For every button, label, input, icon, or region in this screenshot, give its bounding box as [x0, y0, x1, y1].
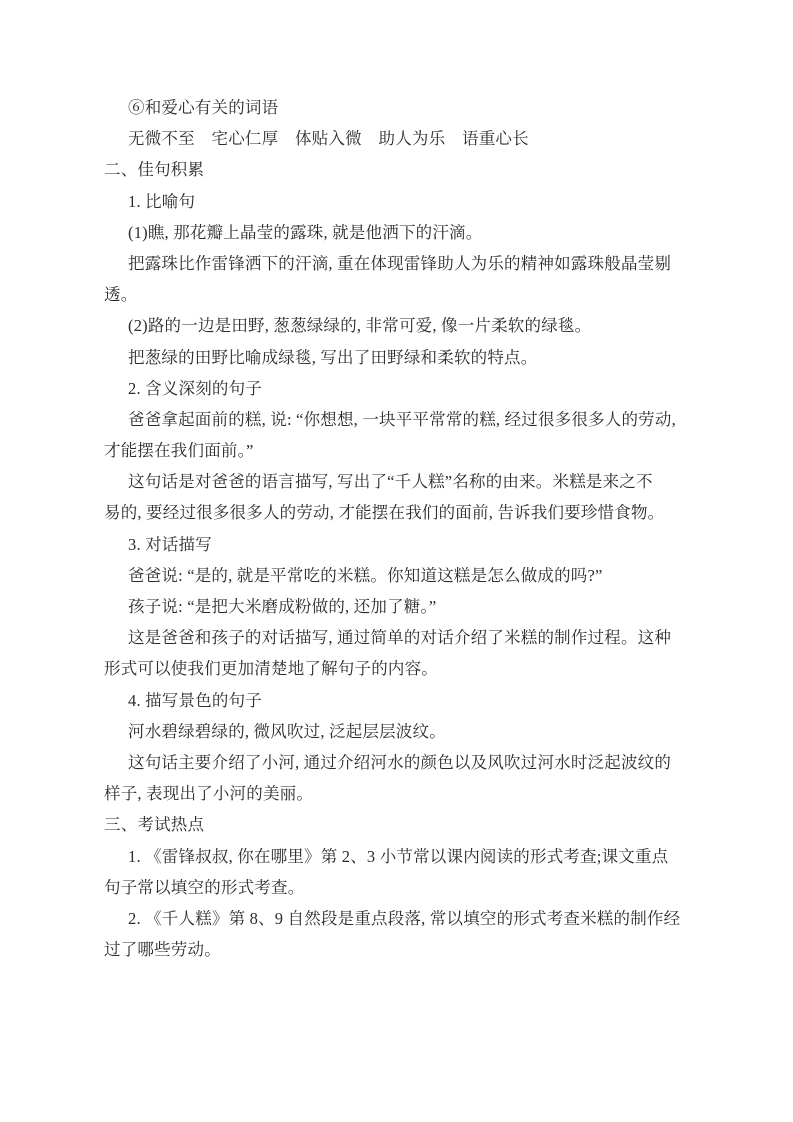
- text-line: (2)路的一边是田野, 葱葱绿绿的, 非常可爱, 像一片柔软的绿毯。: [104, 310, 704, 341]
- text-line: 句子常以填空的形式考查。: [104, 872, 704, 903]
- text-line: ⑥和爱心有关的词语: [104, 92, 704, 123]
- text-line: 易的, 要经过很多很多人的劳动, 才能摆在我们的面前, 告诉我们要珍惜食物。: [104, 497, 704, 528]
- text-line: 孩子说: “是把大米磨成粉做的, 还加了糖。”: [104, 591, 704, 622]
- text-line: 4. 描写景色的句子: [104, 685, 704, 716]
- text-line: 形式可以使我们更加清楚地了解句子的内容。: [104, 653, 704, 684]
- text-line: 这句话是对爸爸的语言描写, 写出了“千人糕”名称的由来。米糕是来之不: [104, 466, 704, 497]
- text-line: 爸爸拿起面前的糕, 说: “你想想, 一块平平常常的糕, 经过很多很多人的劳动,: [104, 404, 704, 435]
- text-line: 过了哪些劳动。: [104, 934, 704, 965]
- document-page: ⑥和爱心有关的词语无微不至 宅心仁厚 体贴入微 助人为乐 语重心长二、佳句积累1…: [0, 0, 793, 1122]
- text-line: 透。: [104, 279, 704, 310]
- section-heading-line: 三、考试热点: [104, 809, 704, 840]
- text-line: (1)瞧, 那花瓣上晶莹的露珠, 就是他洒下的汗滴。: [104, 217, 704, 248]
- text-line: 1. 比喻句: [104, 186, 704, 217]
- text-line: 爸爸说: “是的, 就是平常吃的米糕。你知道这糕是怎么做成的吗?”: [104, 560, 704, 591]
- text-line: 河水碧绿碧绿的, 微风吹过, 泛起层层波纹。: [104, 716, 704, 747]
- section-heading-line: 二、佳句积累: [104, 154, 704, 185]
- text-line: 3. 对话描写: [104, 529, 704, 560]
- text-line: 无微不至 宅心仁厚 体贴入微 助人为乐 语重心长: [104, 123, 704, 154]
- text-line: 1. 《雷锋叔叔, 你在哪里》第 2、3 小节常以课内阅读的形式考查;课文重点: [104, 841, 704, 872]
- text-line: 2. 《千人糕》第 8、9 自然段是重点段落, 常以填空的形式考查米糕的制作经: [104, 903, 704, 934]
- text-line: 把葱绿的田野比喻成绿毯, 写出了田野绿和柔软的特点。: [104, 342, 704, 373]
- text-line: 才能摆在我们面前。”: [104, 435, 704, 466]
- text-line: 把露珠比作雷锋洒下的汗滴, 重在体现雷锋助人为乐的精神如露珠般晶莹剔: [104, 248, 704, 279]
- text-line: 2. 含义深刻的句子: [104, 373, 704, 404]
- text-line: 这句话主要介绍了小河, 通过介绍河水的颜色以及风吹过河水时泛起波纹的: [104, 747, 704, 778]
- text-line: 样子, 表现出了小河的美丽。: [104, 778, 704, 809]
- document-text-block: ⑥和爱心有关的词语无微不至 宅心仁厚 体贴入微 助人为乐 语重心长二、佳句积累1…: [104, 92, 704, 965]
- text-line: 这是爸爸和孩子的对话描写, 通过简单的对话介绍了米糕的制作过程。这种: [104, 622, 704, 653]
